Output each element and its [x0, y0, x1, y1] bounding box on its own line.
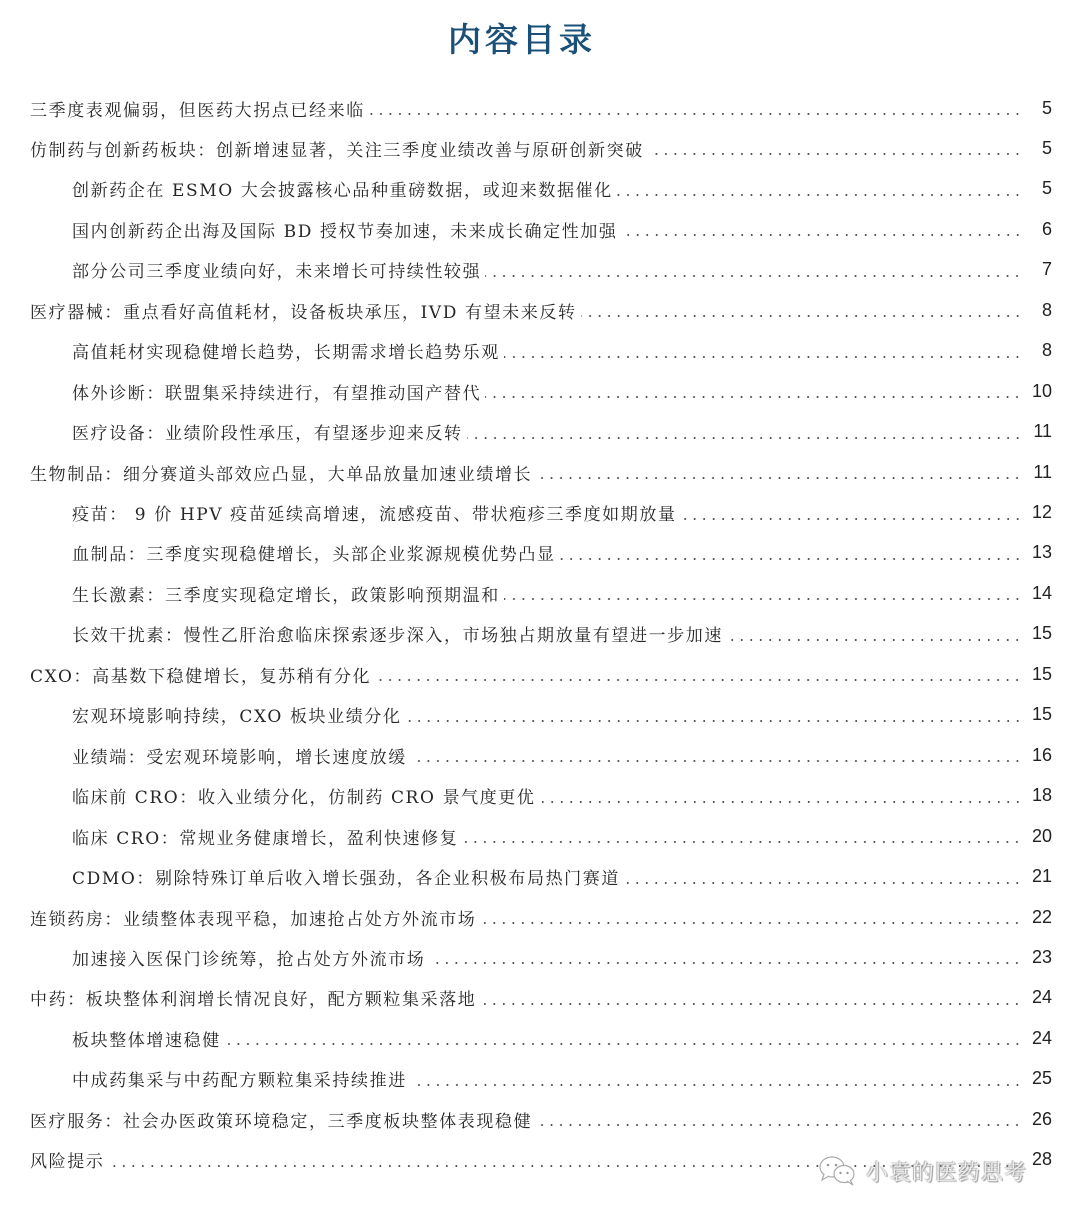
- toc-entry-title: 业绩端：受宏观环境影响，增长速度放缓: [72, 743, 407, 768]
- toc-entry-title: 临床 CRO：常规业务健康增长，盈利快速修复: [72, 824, 458, 849]
- toc-entry-level-1[interactable]: 风险提示 28: [30, 1140, 1052, 1180]
- toc-entry-level-2[interactable]: 医疗设备：业绩阶段性承压，有望逐步迎来反转 11: [72, 412, 1052, 452]
- toc-entry-page-number: 15: [1030, 664, 1052, 685]
- toc-entry-page-number: 21: [1030, 866, 1052, 887]
- toc-entry-title: 三季度表观偏弱，但医药大拐点已经来临: [30, 96, 365, 121]
- toc-entry-title: CXO：高基数下稳健增长，复苏稍有分化: [30, 662, 371, 687]
- toc-entry-level-2[interactable]: 业绩端：受宏观环境影响，增长速度放缓 16: [72, 735, 1052, 775]
- toc-entry-title: 风险提示: [30, 1147, 104, 1172]
- toc-entry-level-2[interactable]: 中成药集采与中药配方颗粒集采持续推进 25: [72, 1059, 1052, 1099]
- dot-leader: [617, 194, 1022, 196]
- toc-entry-title: 医疗设备：业绩阶段性承压，有望逐步迎来反转: [72, 419, 463, 444]
- toc-entry-level-2[interactable]: 创新药企在 ESMO 大会披露核心品种重磅数据，或迎来数据催化 5: [72, 169, 1052, 209]
- dot-leader: [467, 437, 1022, 439]
- dot-leader: [536, 1124, 1022, 1126]
- dot-leader: [411, 760, 1022, 762]
- toc-entry-level-2[interactable]: 国内创新药企出海及国际 BD 授权节奏加速，未来成长确定性加强 6: [72, 209, 1052, 249]
- toc-entry-page-number: 11: [1030, 421, 1052, 442]
- dot-leader: [727, 639, 1022, 641]
- toc-entry-level-2[interactable]: 长效干扰素：慢性乙肝治愈临床探索逐步深入，市场独占期放量有望进一步加速 15: [72, 614, 1052, 654]
- toc-entry-title: 创新药企在 ESMO 大会披露核心品种重磅数据，或迎来数据催化: [72, 176, 613, 201]
- toc-entry-page-number: 15: [1030, 623, 1052, 644]
- toc-entry-page-number: 5: [1030, 138, 1052, 159]
- toc-entry-level-1[interactable]: 医疗服务：社会办医政策环境稳定，三季度板块整体表现稳健 26: [30, 1099, 1052, 1139]
- toc-entry-page-number: 24: [1030, 1028, 1052, 1049]
- toc-entry-level-1[interactable]: 仿制药与创新药板块：创新增速显著，关注三季度业绩改善与原研创新突破 5: [30, 128, 1052, 168]
- page-title: 内容目录: [0, 14, 1044, 66]
- toc-entry-page-number: 8: [1030, 340, 1052, 361]
- toc-entry-page-number: 14: [1030, 583, 1052, 604]
- toc-entry-title: 高值耗材实现稳健增长趋势，长期需求增长趋势乐观: [72, 338, 500, 363]
- dot-leader: [581, 315, 1022, 317]
- toc-entry-title: 加速接入医保门诊统筹，抢占处方外流市场: [72, 945, 425, 970]
- dot-leader: [462, 841, 1022, 843]
- toc-entry-page-number: 5: [1030, 178, 1052, 199]
- toc-entry-level-1[interactable]: 三季度表观偏弱，但医药大拐点已经来临 5: [30, 88, 1052, 128]
- dot-leader: [622, 234, 1022, 236]
- dot-leader: [536, 477, 1022, 479]
- toc-entry-title: 体外诊断：联盟集采持续进行，有望推动国产替代: [72, 379, 481, 404]
- toc-entry-level-2[interactable]: 板块整体增速稳健 24: [72, 1018, 1052, 1058]
- dot-leader: [375, 679, 1022, 681]
- toc-entry-page-number: 8: [1030, 300, 1052, 321]
- toc-entry-title: 国内创新药企出海及国际 BD 授权节奏加速，未来成长确定性加强: [72, 217, 618, 242]
- dot-leader: [504, 356, 1022, 358]
- toc-entry-page-number: 13: [1030, 542, 1052, 563]
- dot-leader: [504, 598, 1022, 600]
- toc-entry-title: 中成药集采与中药配方颗粒集采持续推进: [72, 1066, 407, 1091]
- toc-entry-page-number: 25: [1030, 1068, 1052, 1089]
- toc-entry-level-1[interactable]: 中药：板块整体利润增长情况良好，配方颗粒集采落地 24: [30, 978, 1052, 1018]
- toc-entry-page-number: 26: [1030, 1109, 1052, 1130]
- toc-entry-level-2[interactable]: 宏观环境影响持续，CXO 板块业绩分化 15: [72, 695, 1052, 735]
- toc-entry-title: 生物制品：细分赛道头部效应凸显，大单品放量加速业绩增长: [30, 460, 532, 485]
- toc-entry-level-2[interactable]: 高值耗材实现稳健增长趋势，长期需求增长趋势乐观 8: [72, 331, 1052, 371]
- toc-entry-page-number: 20: [1030, 826, 1052, 847]
- toc-entry-level-2[interactable]: 疫苗： 9 价 HPV 疫苗延续高增速，流感疫苗、带状疱疹三季度如期放量 12: [72, 493, 1052, 533]
- toc-entry-level-2[interactable]: 临床前 CRO：收入业绩分化，仿制药 CRO 景气度更优 18: [72, 776, 1052, 816]
- toc-entry-page-number: 28: [1030, 1149, 1052, 1170]
- toc-entry-page-number: 22: [1030, 907, 1052, 928]
- toc-entry-title: 宏观环境影响持续，CXO 板块业绩分化: [72, 702, 402, 727]
- toc-entry-page-number: 18: [1030, 785, 1052, 806]
- dot-leader: [540, 801, 1023, 803]
- dot-leader: [411, 1084, 1022, 1086]
- toc-entry-title: 生长激素：三季度实现稳定增长，政策影响预期温和: [72, 581, 500, 606]
- toc-entry-page-number: 10: [1030, 381, 1052, 402]
- dot-leader: [480, 922, 1022, 924]
- dot-leader: [648, 153, 1022, 155]
- toc-entry-title: 中药：板块整体利润增长情况良好，配方颗粒集采落地: [30, 985, 476, 1010]
- toc-entry-level-1[interactable]: 医疗器械：重点看好高值耗材，设备板块承压，IVD 有望未来反转 8: [30, 290, 1052, 330]
- toc-entry-level-2[interactable]: 血制品：三季度实现稳健增长，头部企业浆源规模优势凸显 13: [72, 533, 1052, 573]
- toc-entry-level-1[interactable]: CXO：高基数下稳健增长，复苏稍有分化 15: [30, 654, 1052, 694]
- dot-leader: [624, 882, 1022, 884]
- toc-entry-page-number: 24: [1030, 987, 1052, 1008]
- toc-entry-level-2[interactable]: 生长激素：三季度实现稳定增长，政策影响预期温和 14: [72, 573, 1052, 613]
- dot-leader: [560, 558, 1022, 560]
- toc-entry-page-number: 11: [1030, 462, 1052, 483]
- toc-entry-level-2[interactable]: 部分公司三季度业绩向好，未来增长可持续性较强 7: [72, 250, 1052, 290]
- toc-entry-title: 长效干扰素：慢性乙肝治愈临床探索逐步深入，市场独占期放量有望进一步加速: [72, 621, 723, 646]
- toc-entry-title: 疫苗： 9 价 HPV 疫苗延续高增速，流感疫苗、带状疱疹三季度如期放量: [72, 500, 677, 525]
- toc-entry-level-2[interactable]: CDMO：剔除特殊订单后收入增长强劲，各企业积极布局热门赛道 21: [72, 857, 1052, 897]
- toc-entry-page-number: 5: [1030, 98, 1052, 119]
- dot-leader: [429, 962, 1022, 964]
- toc-entry-title: 血制品：三季度实现稳健增长，头部企业浆源规模优势凸显: [72, 540, 556, 565]
- toc-entry-page-number: 6: [1030, 219, 1052, 240]
- dot-leader: [681, 518, 1022, 520]
- dot-leader: [406, 720, 1022, 722]
- dot-leader: [225, 1043, 1022, 1045]
- toc-entry-level-1[interactable]: 生物制品：细分赛道头部效应凸显，大单品放量加速业绩增长 11: [30, 452, 1052, 492]
- toc-entry-title: 仿制药与创新药板块：创新增速显著，关注三季度业绩改善与原研创新突破: [30, 136, 644, 161]
- toc-entry-title: 板块整体增速稳健: [72, 1026, 221, 1051]
- toc-entry-page-number: 12: [1030, 502, 1052, 523]
- toc-entry-page-number: 7: [1030, 259, 1052, 280]
- toc-entry-level-2[interactable]: 加速接入医保门诊统筹，抢占处方外流市场 23: [72, 937, 1052, 977]
- toc-entry-level-1[interactable]: 连锁药房：业绩整体表现平稳，加速抢占处方外流市场 22: [30, 897, 1052, 937]
- dot-leader: [108, 1165, 1022, 1167]
- toc-entry-page-number: 23: [1030, 947, 1052, 968]
- toc-entry-title: 部分公司三季度业绩向好，未来增长可持续性较强: [72, 257, 481, 282]
- dot-leader: [485, 396, 1022, 398]
- toc-entry-page-number: 15: [1030, 704, 1052, 725]
- toc-entry-title: 临床前 CRO：收入业绩分化，仿制药 CRO 景气度更优: [72, 783, 536, 808]
- toc-entry-title: 医疗服务：社会办医政策环境稳定，三季度板块整体表现稳健: [30, 1107, 532, 1132]
- toc-entry-title: 医疗器械：重点看好高值耗材，设备板块承压，IVD 有望未来反转: [30, 298, 577, 323]
- toc-entry-title: CDMO：剔除特殊订单后收入增长强劲，各企业积极布局热门赛道: [72, 864, 620, 889]
- toc-entry-title: 连锁药房：业绩整体表现平稳，加速抢占处方外流市场: [30, 905, 476, 930]
- toc-entry-level-2[interactable]: 临床 CRO：常规业务健康增长，盈利快速修复 20: [72, 816, 1052, 856]
- toc-entry-page-number: 16: [1030, 745, 1052, 766]
- dot-leader: [480, 1003, 1022, 1005]
- dot-leader: [485, 275, 1022, 277]
- toc-entry-level-2[interactable]: 体外诊断：联盟集采持续进行，有望推动国产替代 10: [72, 371, 1052, 411]
- dot-leader: [369, 113, 1022, 115]
